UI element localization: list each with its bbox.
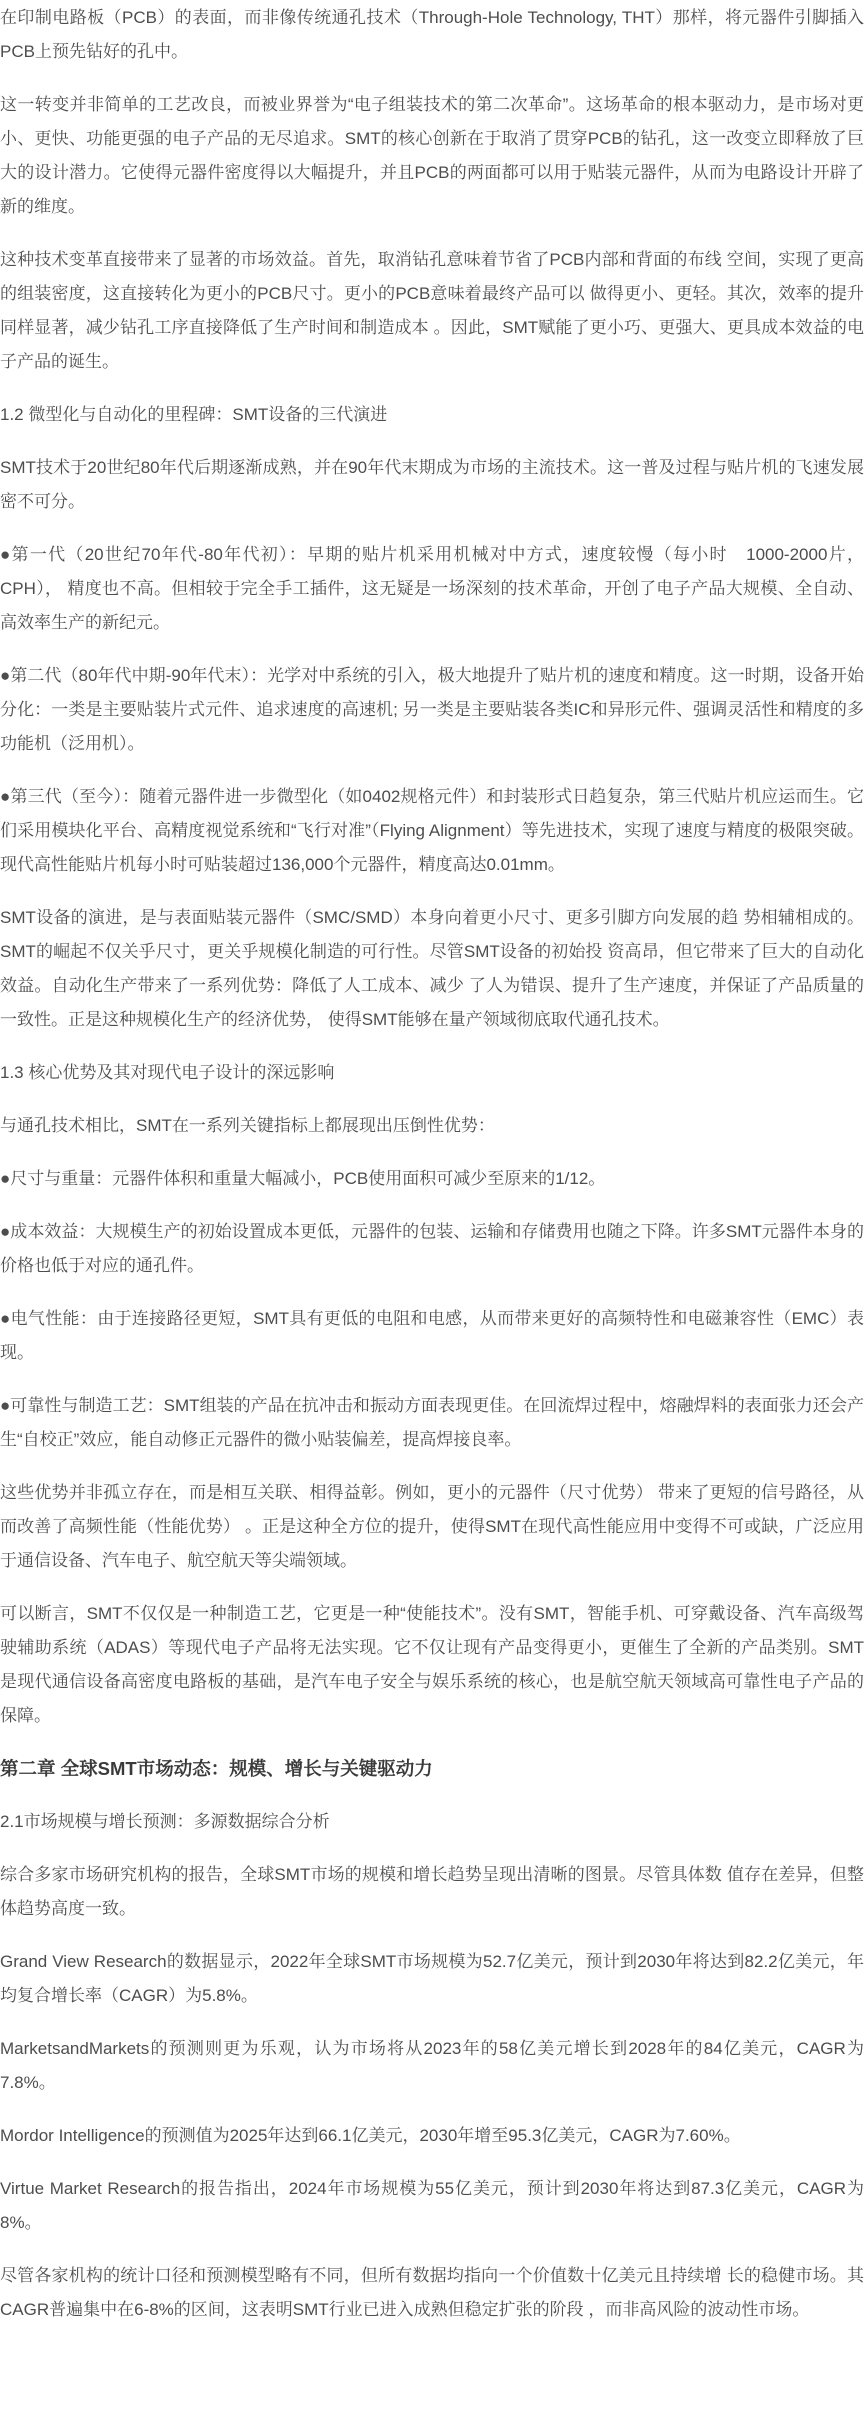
document-page: 在印制电路板（PCB）的表面，而非像传统通孔技术（Through-Hole Te… [0,0,864,2420]
paragraph-marketsandmarkets: MarketsandMarkets的预测则更为乐观，认为市场将从2023年的58… [0,2032,864,2100]
paragraph-grand-view-research: Grand View Research的数据显示，2022年全球SMT市场规模为… [0,1945,864,2013]
paragraph-market-overview: 综合多家市场研究机构的报告，全球SMT市场的规模和增长趋势呈现出清晰的图景。尽管… [0,1858,864,1926]
bullet-electrical-performance: ●电气性能：由于连接路径更短，SMT具有更低的电阻和电感，从而带来更好的高频特性… [0,1302,864,1370]
bullet-generation-2: ●第二代（80年代中期-90年代末）：光学对中系统的引入，极大地提升了贴片机的速… [0,659,864,761]
bullet-generation-1: ●第一代（20世纪70年代-80年代初）：早期的贴片机采用机械对中方式，速度较慢… [0,538,864,640]
section-2-1-heading: 2.1市场规模与增长预测：多源数据综合分析 [0,1805,864,1839]
chapter-2-heading: 第二章 全球SMT市场动态：规模、增长与关键驱动力 [0,1752,864,1786]
paragraph-advantages-intro: 与通孔技术相比，SMT在一系列关键指标上都展现出压倒性优势： [0,1109,864,1143]
bullet-generation-3: ●第三代（至今）：随着元器件进一步微型化（如0402规格元件）和封装形式日趋复杂… [0,780,864,882]
paragraph-second-revolution: 这一转变并非简单的工艺改良，而被业界誉为“电子组装技术的第二次革命”。这场革命的… [0,88,864,224]
section-1-3-heading: 1.3 核心优势及其对现代电子设计的深远影响 [0,1056,864,1090]
bullet-reliability-process: ●可靠性与制造工艺：SMT组装的产品在抗冲击和振动方面表现更佳。在回流焊过程中，… [0,1389,864,1457]
paragraph-market-benefits: 这种技术变革直接带来了显著的市场效益。首先，取消钻孔意味着节省了PCB内部和背面… [0,243,864,379]
paragraph-equipment-evolution: SMT设备的演进，是与表面贴装元器件（SMC/SMD）本身向着更小尺寸、更多引脚… [0,901,864,1037]
section-1-2-heading: 1.2 微型化与自动化的里程碑：SMT设备的三代演进 [0,398,864,432]
paragraph-market-conclusion: 尽管各家机构的统计口径和预测模型略有不同，但所有数据均指向一个价值数十亿美元且持… [0,2259,864,2327]
paragraph-virtue-market-research: Virtue Market Research的报告指出，2024年市场规模为55… [0,2172,864,2240]
paragraph-mordor-intelligence: Mordor Intelligence的预测值为2025年达到66.1亿美元，2… [0,2119,864,2153]
bullet-cost-benefit: ●成本效益：大规模生产的初始设置成本更低，元器件的包装、运输和存储费用也随之下降… [0,1215,864,1283]
paragraph-enabling-technology: 可以断言，SMT不仅仅是一种制造工艺，它更是一种“使能技术”。没有SMT，智能手… [0,1597,864,1733]
paragraph-intro-continuation: 在印制电路板（PCB）的表面，而非像传统通孔技术（Through-Hole Te… [0,1,864,69]
bullet-size-weight: ●尺寸与重量：元器件体积和重量大幅减小，PCB使用面积可减少至原来的1/12。 [0,1162,864,1196]
paragraph-smt-maturity: SMT技术于20世纪80年代后期逐渐成熟，并在90年代末期成为市场的主流技术。这… [0,451,864,519]
paragraph-advantages-synergy: 这些优势并非孤立存在，而是相互关联、相得益彰。例如，更小的元器件（尺寸优势） 带… [0,1476,864,1578]
